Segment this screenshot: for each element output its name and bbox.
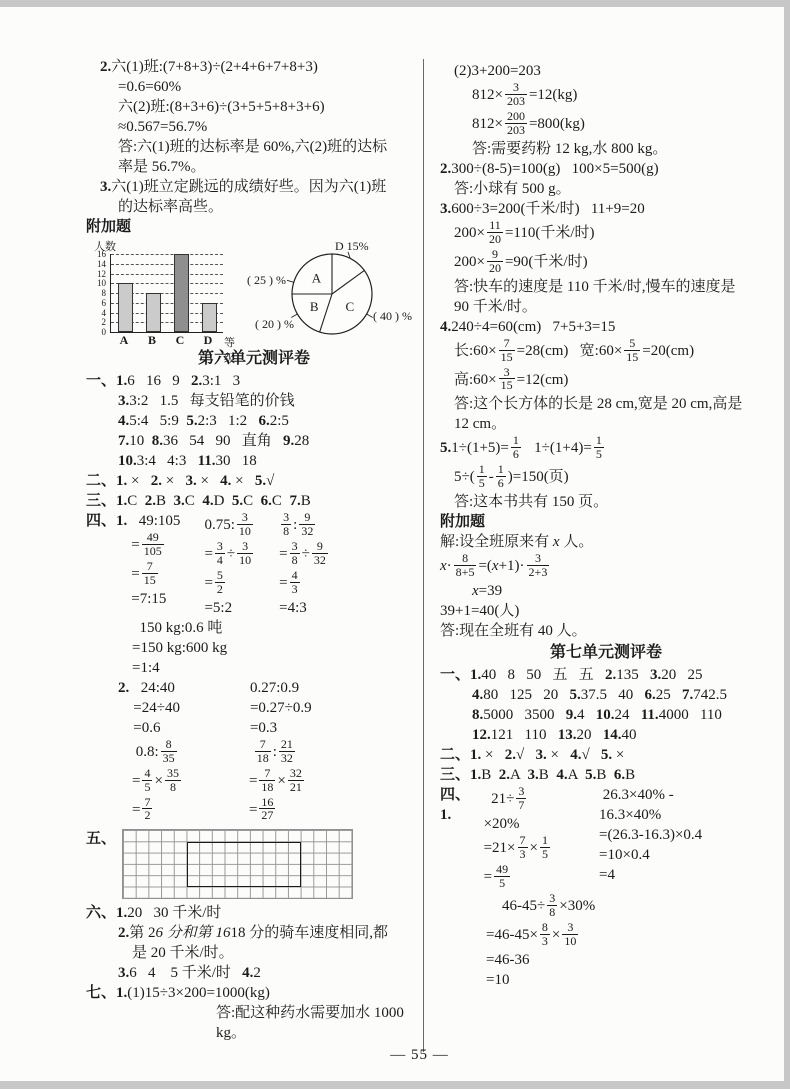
text-line: 2.第 26 分和第 1618 分的骑车速度相同,都 bbox=[86, 923, 422, 943]
math-line: =715 bbox=[131, 560, 180, 589]
math-line: =24÷40 bbox=[133, 698, 180, 718]
math-line: 718:2132 bbox=[249, 738, 306, 767]
pie-outside-label: D 15% bbox=[335, 240, 369, 253]
bar bbox=[146, 293, 161, 332]
math-line: =34÷310 bbox=[204, 540, 255, 569]
text-line: 4.80 125 20 5.37.5 40 6.25 7.742.5 bbox=[440, 685, 772, 705]
math-line: =718×3221 bbox=[249, 767, 306, 796]
y-tick-label: 0 bbox=[84, 327, 106, 337]
math-line: =(26.3-16.3)×0.4 bbox=[599, 825, 734, 845]
fraction: 3203 bbox=[505, 81, 527, 108]
text-line: 7.10 8.36 54 90 直角 9.28 bbox=[86, 431, 422, 451]
worked-column: 0.8:835=45×358=72 bbox=[132, 738, 183, 825]
text-line: 12 cm。 bbox=[440, 414, 772, 434]
math-line: =43 bbox=[279, 569, 330, 598]
text-line: 3.3:2 1.5 每支铅笔的价钱 bbox=[86, 391, 422, 411]
worked-column: 0.75:310=34÷310=52=5:2 bbox=[204, 511, 255, 618]
column-divider bbox=[423, 59, 424, 1052]
pie-slice-label: C bbox=[345, 299, 354, 314]
text-line: =10 bbox=[440, 970, 772, 990]
text-line: 附加题 bbox=[86, 217, 422, 237]
text-line: 8.5000 3500 9.4 10.24 11.4000 110 bbox=[440, 705, 772, 725]
text-line: 二、1. × 2. × 3. × 4. × 5.√ bbox=[86, 471, 422, 491]
pie-slice-label: A bbox=[312, 270, 322, 285]
text-line: 一、1.40 8 50 五 五 2.135 3.20 25 bbox=[440, 665, 772, 685]
text-line: 解:设全班原来有 x 人。 bbox=[440, 532, 772, 552]
text-line: =46-36 bbox=[440, 950, 772, 970]
pie-slice-label: B bbox=[310, 299, 319, 314]
fraction: 34 bbox=[215, 540, 225, 567]
y-tick-label: 2 bbox=[84, 317, 106, 327]
math-line: 26.3×40% - 16.3×40% bbox=[599, 785, 734, 825]
y-tick-label: 4 bbox=[84, 308, 106, 318]
text-line: 12.121 110 13.20 14.40 bbox=[440, 725, 772, 745]
fraction: 15 bbox=[540, 834, 550, 861]
bar bbox=[118, 283, 133, 332]
text-line: 2.300÷(8-5)=100(g) 100×5=500(g) bbox=[440, 159, 772, 179]
pie-outside-label: ( 25 ) % bbox=[247, 273, 286, 287]
fraction: 932 bbox=[312, 540, 328, 567]
text-line: 答:六(1)班的达标率是 60%,六(2)班的达标 bbox=[86, 137, 422, 157]
text-line: 200×920=90(千米/时) bbox=[440, 248, 772, 277]
text-line: =0.6=60% bbox=[86, 77, 422, 97]
bar-chart: 人数1614121086420ABCD等级 bbox=[84, 240, 242, 346]
fraction: 83 bbox=[540, 921, 550, 948]
fraction: 932 bbox=[299, 511, 315, 538]
worked-column: 718:2132=718×3221=1627 bbox=[249, 738, 306, 825]
fraction: 3221 bbox=[288, 767, 304, 794]
text-line: 答:这个长方体的长是 28 cm,宽是 20 cm,高是 bbox=[440, 394, 772, 414]
text-line: 六(2)班:(8+3+6)÷(3+5+5+8+3+6) bbox=[86, 97, 422, 117]
worked-columns: 2. 24:40=24÷40=0.60.27:0.9=0.27÷0.9=0.3 bbox=[86, 678, 422, 738]
fraction: 718 bbox=[259, 767, 275, 794]
bar bbox=[202, 303, 217, 332]
text-line: 答:现在全班有 40 人。 bbox=[440, 621, 772, 641]
fraction: 1627 bbox=[259, 796, 275, 823]
x-axis-label: 等级 bbox=[224, 334, 242, 366]
text-line: 90 千米/时。 bbox=[440, 297, 772, 317]
fraction: 15 bbox=[594, 434, 604, 461]
worked-column: 0.27:0.9=0.27÷0.9=0.3 bbox=[250, 678, 312, 738]
math-line: =495 bbox=[484, 863, 561, 892]
text-line: 是 20 千米/时。 bbox=[86, 943, 422, 963]
fraction: 43 bbox=[290, 569, 300, 596]
x-category-label: D bbox=[201, 333, 216, 348]
grid-question: 五、 bbox=[86, 829, 422, 899]
text-line: 2.六(1)班:(7+8+3)÷(2+4+6+7+8+3) bbox=[86, 57, 422, 77]
x-category-label: C bbox=[173, 333, 188, 348]
text-line: 812×3203=12(kg) bbox=[440, 81, 772, 110]
pie-chart: D 15%C( 40 ) %B( 20 ) %A( 25 ) % bbox=[242, 240, 426, 346]
fraction: 495 bbox=[494, 863, 510, 890]
math-line: =10×0.4 bbox=[599, 845, 734, 865]
fraction: 49105 bbox=[142, 531, 164, 558]
math-line: =38÷932 bbox=[279, 540, 330, 569]
text-line: =46-45×83×310 bbox=[440, 921, 772, 950]
math-line: 0.75:310 bbox=[204, 511, 255, 540]
fraction: 32+3 bbox=[527, 552, 550, 579]
y-tick-label: 8 bbox=[84, 288, 106, 298]
pie-svg: D 15%C( 40 ) %B( 20 ) %A( 25 ) % bbox=[242, 240, 426, 346]
text-line: 4.240÷4=60(cm) 7+5+3=15 bbox=[440, 317, 772, 337]
worked-columns: 0.8:835=45×358=72 718:2132=718×3221=1627 bbox=[86, 738, 422, 825]
math-line: =45×358 bbox=[132, 767, 183, 796]
math-line: =0.6 bbox=[133, 718, 180, 738]
bar-plot-area bbox=[110, 254, 223, 333]
fraction: 15 bbox=[477, 463, 487, 490]
fraction: 715 bbox=[499, 337, 515, 364]
math-line: =1627 bbox=[249, 796, 306, 825]
worked-column: 26.3×40% - 16.3×40%=(26.3-16.3)×0.4=10×0… bbox=[599, 785, 734, 885]
worked-column: 21÷37×20%=21×73×15=495 bbox=[484, 785, 561, 892]
fraction: 2132 bbox=[279, 738, 295, 765]
worked-columns: 四、1. 21÷37×20%=21×73×15=495 26.3×40% - 1… bbox=[440, 785, 772, 892]
math-line: =49105 bbox=[131, 531, 180, 560]
text-line: 3.600÷3=200(千米/时) 11+9=20 bbox=[440, 199, 772, 219]
worked-column: 38:932=38÷932=43=4:3 bbox=[279, 511, 330, 618]
fraction: 38 bbox=[281, 511, 291, 538]
grid-figure bbox=[122, 829, 353, 899]
fraction: 358 bbox=[165, 767, 181, 794]
text-line: x·88+5=(x+1)·32+3 bbox=[440, 552, 772, 581]
fraction: 37 bbox=[516, 785, 526, 812]
pie-outside-label: ( 20 ) % bbox=[255, 317, 294, 331]
section-title: 第六单元测评卷 bbox=[86, 348, 422, 370]
fraction: 835 bbox=[161, 738, 177, 765]
math-line: =72 bbox=[132, 796, 183, 825]
text-line: 3.6 4 5 千米/时 4.2 bbox=[86, 963, 422, 983]
x-category-label: B bbox=[145, 333, 160, 348]
right-column: (2)3+200=203812×3203=12(kg)812×200203=80… bbox=[440, 61, 772, 990]
fraction: 315 bbox=[499, 366, 515, 393]
math-line: 49:105 bbox=[131, 511, 180, 531]
text-line: 答:需要药粉 12 kg,水 800 kg。 bbox=[440, 139, 772, 159]
y-tick-label: 10 bbox=[84, 278, 106, 288]
y-tick-label: 16 bbox=[84, 249, 106, 259]
math-line: =7:15 bbox=[131, 589, 180, 609]
text-line: 答:快车的速度是 110 千米/时,慢车的速度是 bbox=[440, 277, 772, 297]
text-line: 三、1.C 2.B 3.C 4.D 5.C 6.C 7.B bbox=[86, 491, 422, 511]
fraction: 515 bbox=[624, 337, 640, 364]
gridline bbox=[111, 254, 223, 255]
fraction: 72 bbox=[142, 796, 152, 823]
y-tick-label: 14 bbox=[84, 259, 106, 269]
item-marker: 四、1. bbox=[86, 511, 127, 531]
math-line: =0.27÷0.9 bbox=[250, 698, 312, 718]
fraction: 16 bbox=[511, 434, 521, 461]
math-line: =21×73×15 bbox=[484, 834, 561, 863]
fraction: 38 bbox=[290, 540, 300, 567]
fraction: 310 bbox=[237, 540, 253, 567]
fraction: 310 bbox=[237, 511, 253, 538]
text-line: x=39 bbox=[440, 581, 772, 601]
text-line: 4.5:4 5:9 5.2:3 1:2 6.2:5 bbox=[86, 411, 422, 431]
math-line: 24:40 bbox=[133, 678, 180, 698]
math-line: 38:932 bbox=[279, 511, 330, 540]
math-line: =4 bbox=[599, 865, 734, 885]
text-line: =150 kg:600 kg bbox=[86, 638, 422, 658]
item-marker: 2. bbox=[118, 678, 129, 698]
left-column: 2.六(1)班:(7+8+3)÷(2+4+6+7+8+3)=0.6=60%六(2… bbox=[86, 57, 422, 1043]
bar bbox=[174, 254, 189, 332]
text-line: 的达标率高些。 bbox=[86, 197, 422, 217]
text-line: 812×200203=800(kg) bbox=[440, 110, 772, 139]
fraction: 73 bbox=[518, 834, 528, 861]
math-line: =52 bbox=[204, 569, 255, 598]
text-line: 一、1.6 16 9 2.3:1 3 bbox=[86, 371, 422, 391]
math-line: =5:2 bbox=[204, 598, 255, 618]
text-line: 5.1÷(1+5)=16 1÷(1+4)=15 bbox=[440, 434, 772, 463]
text-line: 200×1120=110(千米/时) bbox=[440, 219, 772, 248]
math-line: 0.8:835 bbox=[132, 738, 183, 767]
text-line: 答:这本书共有 150 页。 bbox=[440, 492, 772, 512]
text-line: 二、1. × 2.√ 3. × 4.√ 5. × bbox=[440, 745, 772, 765]
worked-column: 49:105=49105=715=7:15 bbox=[131, 511, 180, 609]
math-line: 21÷37×20% bbox=[484, 785, 561, 834]
fraction: 1120 bbox=[487, 219, 503, 246]
item-marker: 五、 bbox=[86, 829, 116, 849]
text-line: 10.3:4 4:3 11.30 18 bbox=[86, 451, 422, 471]
item-marker: 四、1. bbox=[440, 785, 480, 825]
fraction: 310 bbox=[562, 921, 578, 948]
answer-sheet-page: 2.六(1)班:(7+8+3)÷(2+4+6+7+8+3)=0.6=60%六(2… bbox=[0, 7, 784, 1081]
worked-column: 24:40=24÷40=0.6 bbox=[133, 678, 180, 738]
text-line: 39+1=40(人) bbox=[440, 601, 772, 621]
fraction: 715 bbox=[142, 560, 158, 587]
fraction: 52 bbox=[215, 569, 225, 596]
section-title: 第七单元测评卷 bbox=[440, 642, 772, 664]
drawn-rectangle bbox=[187, 842, 301, 887]
fraction: 718 bbox=[255, 738, 271, 765]
y-tick-label: 12 bbox=[84, 269, 106, 279]
text-line: (2)3+200=203 bbox=[440, 61, 772, 81]
fraction: 200203 bbox=[505, 110, 527, 137]
x-category-label: A bbox=[117, 333, 132, 348]
text-line: 率是 56.7%。 bbox=[86, 157, 422, 177]
fraction: 45 bbox=[142, 767, 152, 794]
fraction: 88+5 bbox=[454, 552, 477, 579]
text-line: ≈0.567=56.7% bbox=[86, 117, 422, 137]
text-line: 答:小球有 500 g。 bbox=[440, 179, 772, 199]
gridline bbox=[111, 274, 223, 275]
scanned-page-background: 2.六(1)班:(7+8+3)÷(2+4+6+7+8+3)=0.6=60%六(2… bbox=[0, 0, 790, 1089]
text-line: 七、1.(1)15÷3×200=1000(kg) bbox=[86, 983, 422, 1003]
text-line: 150 kg:0.6 吨 bbox=[86, 618, 422, 638]
text-line: 46-45÷38×30% bbox=[440, 892, 772, 921]
y-tick-label: 6 bbox=[84, 298, 106, 308]
fraction: 16 bbox=[496, 463, 506, 490]
worked-columns: 四、1. 49:105=49105=715=7:150.75:310=34÷31… bbox=[86, 511, 422, 618]
fraction: 920 bbox=[487, 248, 503, 275]
math-line: =0.3 bbox=[250, 718, 312, 738]
math-line: =4:3 bbox=[279, 598, 330, 618]
text-line: 六、1.20 30 千米/时 bbox=[86, 903, 422, 923]
text-line: =1:4 bbox=[86, 658, 422, 678]
text-line: 3.六(1)班立定跳远的成绩好些。因为六(1)班 bbox=[86, 177, 422, 197]
pie-outside-label: ( 40 ) % bbox=[373, 309, 412, 323]
text-line: 5÷(15-16)=150(页) bbox=[440, 463, 772, 492]
text-line: 长:60×715=28(cm) 宽:60×515=20(cm) bbox=[440, 337, 772, 366]
page-number: — 55 — bbox=[0, 1047, 784, 1064]
statistics-figure: 人数1614121086420ABCD等级D 15%C( 40 ) %B( 20… bbox=[84, 240, 426, 346]
text-line: 高:60×315=12(cm) bbox=[440, 366, 772, 395]
text-line: 附加题 bbox=[440, 512, 772, 532]
math-line: 0.27:0.9 bbox=[250, 678, 312, 698]
fraction: 38 bbox=[547, 892, 557, 919]
text-line: 三、1.B 2.A 3.B 4.A 5.B 6.B bbox=[440, 765, 772, 785]
gridline bbox=[111, 264, 223, 265]
text-line: 答:配这种药水需要加水 1000 kg。 bbox=[86, 1003, 422, 1043]
